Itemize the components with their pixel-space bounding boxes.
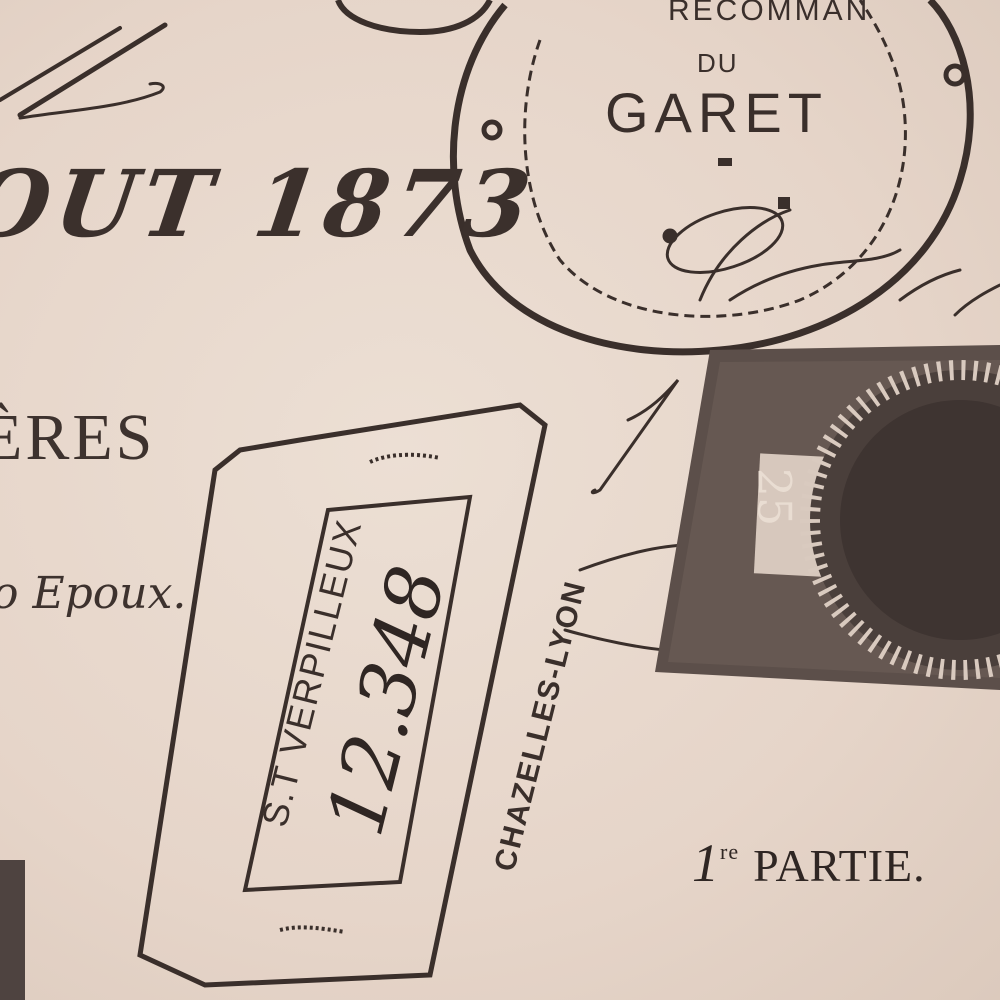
postmark-top-arc: RECOMMAN — [668, 0, 870, 28]
partie-heading: 1rePARTIE. — [692, 832, 926, 894]
postage-stamp — [655, 345, 1000, 690]
postmark-center: GARET — [605, 80, 828, 145]
heres-text: ÈRES — [0, 400, 155, 476]
partial-stamp-left — [0, 860, 25, 1000]
partie-number: 1 — [692, 833, 720, 893]
postmark-du: DU — [697, 48, 739, 79]
epoux-handwriting: o Epoux. — [0, 568, 186, 619]
partie-word: PARTIE. — [753, 840, 926, 891]
stamp-value: 25 — [747, 468, 801, 527]
partie-suffix: re — [720, 839, 739, 864]
date-line-text: OUT 1873 — [0, 150, 543, 258]
partial-postmark — [338, 0, 490, 32]
handwriting-flourish — [0, 25, 165, 118]
